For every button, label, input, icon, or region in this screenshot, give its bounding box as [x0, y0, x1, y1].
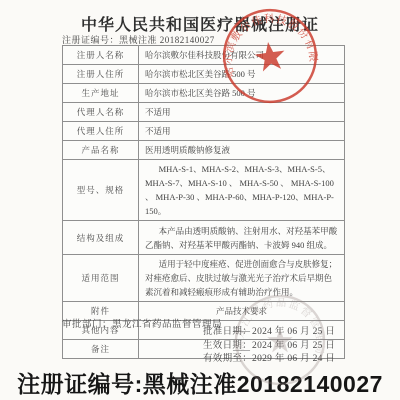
row-value-text: MHA-S-1、MHA-S-2、MHA-S-3、MHA-S-5、MHA-S-7、…: [145, 162, 338, 218]
row-label: 产品名称: [63, 141, 139, 159]
row-label: 生产地址: [63, 84, 139, 102]
table-row: 生产地址哈尔滨市松北区美谷路 500 号: [63, 84, 344, 103]
row-value: 哈尔滨市松北区美谷路 500 号: [139, 84, 344, 102]
certificate-page: 中华人民共和国医疗器械注册证 注册证编号：黑械注准 20182140027 注册…: [0, 0, 400, 400]
row-label: 代理人名称: [63, 103, 139, 121]
date-label: 批准日期：: [203, 327, 252, 337]
footer-cert-number: 注册证编号:黑械注准20182140027: [0, 366, 400, 399]
table-row: 产品名称医用透明质酸钠修复液: [63, 141, 344, 160]
row-value: 本产品由透明质酸钠、注射用水、对羟基苯甲酸乙酯钠、对羟基苯甲酸丙酯钠、卡波姆 9…: [139, 221, 344, 254]
date-value: 2029 年 06 月 24 日: [252, 354, 335, 364]
date-line: 生效日期：2024 年 06 月 25 日: [203, 340, 335, 354]
row-value: 不适用: [139, 122, 344, 140]
row-value-text: 哈尔滨市松北区美谷路 500 号: [145, 67, 338, 81]
table-row: 代理人名称不适用: [63, 103, 344, 122]
table-row: 型号、规格MHA-S-1、MHA-S-2、MHA-S-3、MHA-S-5、MHA…: [63, 160, 344, 221]
approval-dept-line: 审批部门：黑龙江省药品监督管理局: [62, 316, 222, 330]
table-row: 结构及组成本产品由透明质酸钠、注射用水、对羟基苯甲酸乙酯钠、对羟基苯甲酸丙酯钠、…: [63, 221, 344, 255]
table-row: 适用范围适用于轻中度痤疮、促进创面愈合与皮肤修复；对痤疮愈后、皮肤过敏与激光光子…: [63, 255, 344, 302]
date-value: 2024 年 06 月 25 日: [252, 327, 335, 337]
row-value-text: 哈尔滨敷尔佳科技股份有限公司: [145, 48, 338, 62]
row-value: MHA-S-1、MHA-S-2、MHA-S-3、MHA-S-5、MHA-S-7、…: [139, 160, 344, 220]
row-value: 适用于轻中度痤疮、促进创面愈合与皮肤修复；对痤疮愈后、皮肤过敏与激光光子治疗术后…: [139, 255, 344, 301]
row-value-text: 医用透明质酸钠修复液: [145, 143, 338, 157]
date-line: 批准日期：2024 年 06 月 25 日: [203, 326, 335, 340]
row-value: 哈尔滨敷尔佳科技股份有限公司: [139, 46, 344, 64]
row-value-text: 不适用: [145, 124, 338, 138]
row-value-text: 哈尔滨市松北区美谷路 500 号: [145, 86, 338, 100]
row-value: 医用透明质酸钠修复液: [139, 141, 344, 159]
row-value-text: 不适用: [145, 105, 338, 119]
date-label: 有效期至：: [203, 354, 252, 364]
row-value-text: 适用于轻中度痤疮、促进创面愈合与皮肤修复；对痤疮愈后、皮肤过敏与激光光子治疗术后…: [145, 257, 338, 299]
row-label: 备注: [63, 340, 139, 358]
cert-number-label: 注册证编号：: [62, 35, 119, 45]
row-label: 型号、规格: [63, 160, 139, 220]
row-value: 不适用: [139, 103, 344, 121]
date-label: 生效日期：: [203, 341, 252, 351]
row-label: 注册人名称: [63, 46, 139, 64]
table-row: 代理人住所不适用: [63, 122, 344, 141]
certificate-table: 注册人名称哈尔滨敷尔佳科技股份有限公司注册人住所哈尔滨市松北区美谷路 500 号…: [62, 45, 345, 359]
table-row: 注册人名称哈尔滨敷尔佳科技股份有限公司: [63, 46, 344, 65]
approval-dept-label: 审批部门：: [62, 320, 112, 330]
date-value: 2024 年 06 月 25 日: [252, 341, 335, 351]
row-label: 注册人住所: [63, 65, 139, 83]
row-label: 适用范围: [63, 255, 139, 301]
cert-number-value: 黑械注准 20182140027: [119, 35, 215, 45]
row-value: 哈尔滨市松北区美谷路 500 号: [139, 65, 344, 83]
date-line: 有效期至：2029 年 06 月 24 日: [203, 353, 335, 367]
row-label: 结构及组成: [63, 221, 139, 254]
certificate-title: 中华人民共和国医疗器械注册证: [0, 12, 400, 35]
row-value-text: 本产品由透明质酸钠、注射用水、对羟基苯甲酸乙酯钠、对羟基苯甲酸丙酯钠、卡波姆 9…: [145, 224, 338, 252]
date-block: 批准日期：2024 年 06 月 25 日生效日期：2024 年 06 月 25…: [203, 326, 335, 367]
table-row: 注册人住所哈尔滨市松北区美谷路 500 号: [63, 65, 344, 84]
row-label: 代理人住所: [63, 122, 139, 140]
